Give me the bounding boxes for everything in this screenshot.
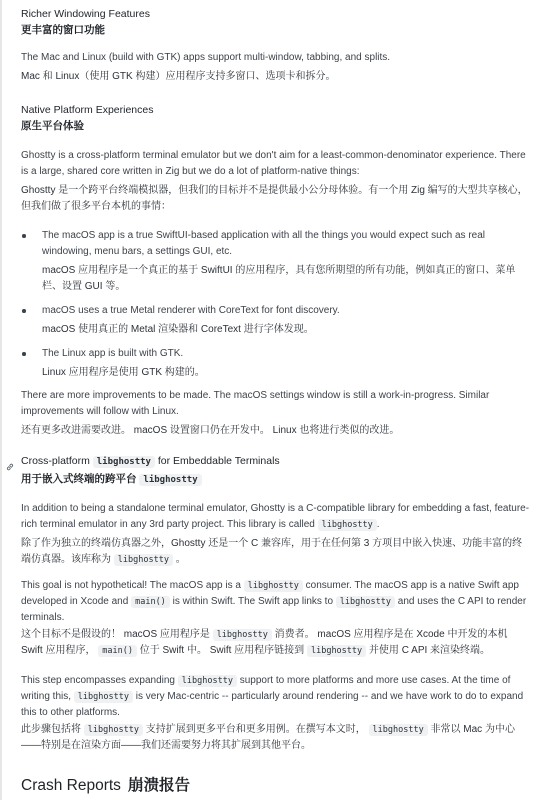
para-native-outro-en: There are more improvements to be made. …: [21, 388, 531, 420]
inline-code: libghostty: [318, 519, 377, 531]
para-windowing-zh: Mac 和 Linux（使用 GTK 构建）应用程序支持多窗口、选项卡和拆分。: [21, 69, 531, 85]
heading-windowing-en: Richer Windowing Features: [21, 6, 531, 22]
para-native-outro-zh: 还有更多改进需要改进。 macOS 设置窗口仍在开发中。 Linux 也将进行类…: [21, 423, 531, 439]
section-crash-reports: Crash Reports崩溃报告: [21, 775, 531, 800]
para-libghostty-2-zh: 这个目标不是假设的！ macOS 应用程序是 libghostty 消费者。 m…: [21, 627, 531, 659]
text: 这个目标不是假设的！ macOS 应用程序是: [21, 629, 213, 640]
heading-native-zh: 原生平台体验: [21, 118, 531, 134]
native-intro: Ghostty is a cross-platform terminal emu…: [21, 148, 531, 215]
para-libghostty-3-en: This step encompasses expanding libghost…: [21, 673, 531, 721]
inline-code: libghostty: [74, 691, 133, 703]
para-libghostty-1-zh: 除了作为独立的终端仿真器之外，Ghostty 还是一个 C 兼容库，用于在任何第…: [21, 536, 531, 568]
inline-code: libghostty: [114, 554, 173, 566]
libghostty-para-3: This step encompasses expanding libghost…: [21, 673, 531, 754]
bullet-icon: [22, 352, 26, 356]
native-feature-list: The macOS app is a true SwiftUI-based ap…: [10, 228, 531, 381]
text: This goal is not hypothetical! The macOS…: [21, 580, 244, 591]
para-native-intro-en: Ghostty is a cross-platform terminal emu…: [21, 148, 531, 180]
para-libghostty-2-en: This goal is not hypothetical! The macOS…: [21, 578, 531, 626]
inline-code: main(): [98, 645, 137, 657]
heading-libghostty-zh: 用于嵌入式终端的跨平台 libghostty: [21, 471, 531, 488]
heading-text-en: Crash Reports: [21, 777, 121, 794]
section-libghostty: Cross-platform libghostty for Embeddable…: [21, 453, 531, 488]
list-item-zh: macOS 应用程序是一个真正的基于 SwiftUI 的应用程序，具有您所期望的…: [42, 263, 531, 295]
inline-code: main(): [131, 596, 170, 608]
libghostty-para-2: This goal is not hypothetical! The macOS…: [21, 578, 531, 659]
text: 除了作为独立的终端仿真器之外，Ghostty 还是一个 C 兼容库，用于在任何第…: [21, 538, 522, 565]
list-item-zh: macOS 使用真正的 Metal 渲染器和 CoreText 进行字体发现。: [42, 322, 531, 338]
list-item-en: macOS uses a true Metal renderer with Co…: [42, 303, 531, 319]
libghostty-para-1: In addition to being a standalone termin…: [21, 501, 531, 568]
inline-code: libghostty: [139, 474, 201, 486]
text: In addition to being a standalone termin…: [21, 503, 529, 530]
list-item-en: The Linux app is built with GTK.: [42, 346, 531, 362]
text: This step encompasses expanding: [21, 675, 178, 686]
list-item: The macOS app is a true SwiftUI-based ap…: [42, 228, 531, 295]
para-native-intro-zh: Ghostty 是一个跨平台终端模拟器，但我们的目标并不是提供最小公分母体验。有…: [21, 183, 531, 215]
text: 位于 Swift 中。 Swift 应用程序链接到: [137, 645, 307, 656]
para-libghostty-3-zh: 此步骤包括将 libghostty 支持扩展到更多平台和更多用例。在撰写本文时，…: [21, 722, 531, 754]
heading-crash-reports: Crash Reports崩溃报告: [21, 775, 531, 797]
inline-code: libghostty: [369, 724, 428, 736]
section-native: Native Platform Experiences 原生平台体验: [21, 102, 531, 134]
inline-code: libghostty: [244, 580, 303, 592]
text: 此步骤包括将: [21, 724, 84, 735]
list-item: macOS uses a true Metal renderer with Co…: [42, 303, 531, 338]
inline-code: libghostty: [93, 456, 155, 468]
inline-code: libghostty: [336, 596, 395, 608]
para-libghostty-1-en: In addition to being a standalone termin…: [21, 501, 531, 533]
heading-windowing-zh: 更丰富的窗口功能: [21, 22, 531, 38]
heading-text: Cross-platform: [21, 455, 93, 467]
text: is within Swift. The Swift app links to: [170, 596, 336, 607]
text: .: [377, 519, 380, 530]
inline-code: libghostty: [213, 629, 272, 641]
heading-text: for Embeddable Terminals: [155, 455, 280, 467]
link-anchor-icon[interactable]: [5, 462, 15, 472]
text: 。: [173, 554, 186, 565]
bullet-icon: [22, 309, 26, 313]
text: 并使用 C API 来渲染终端。: [366, 645, 490, 656]
para-windowing-en: The Mac and Linux (build with GTK) apps …: [21, 50, 531, 66]
inline-code: libghostty: [178, 675, 237, 687]
inline-code: libghostty: [307, 645, 366, 657]
content-left-border: [0, 0, 2, 800]
heading-native-en: Native Platform Experiences: [21, 102, 531, 118]
bullet-icon: [22, 234, 26, 238]
text: 支持扩展到更多平台和更多用例。在撰写本文时，: [143, 724, 369, 735]
list-item-en: The macOS app is a true SwiftUI-based ap…: [42, 228, 531, 260]
heading-text-zh: 崩溃报告: [128, 777, 190, 794]
heading-libghostty-en: Cross-platform libghostty for Embeddable…: [21, 453, 531, 470]
section-windowing: Richer Windowing Features 更丰富的窗口功能 The M…: [21, 6, 531, 85]
inline-code: libghostty: [84, 724, 143, 736]
list-item: The Linux app is built with GTK. Linux 应…: [42, 346, 531, 381]
list-item-zh: Linux 应用程序是使用 GTK 构建的。: [42, 365, 531, 381]
native-outro: There are more improvements to be made. …: [21, 388, 531, 439]
heading-text: 用于嵌入式终端的跨平台: [21, 473, 139, 485]
